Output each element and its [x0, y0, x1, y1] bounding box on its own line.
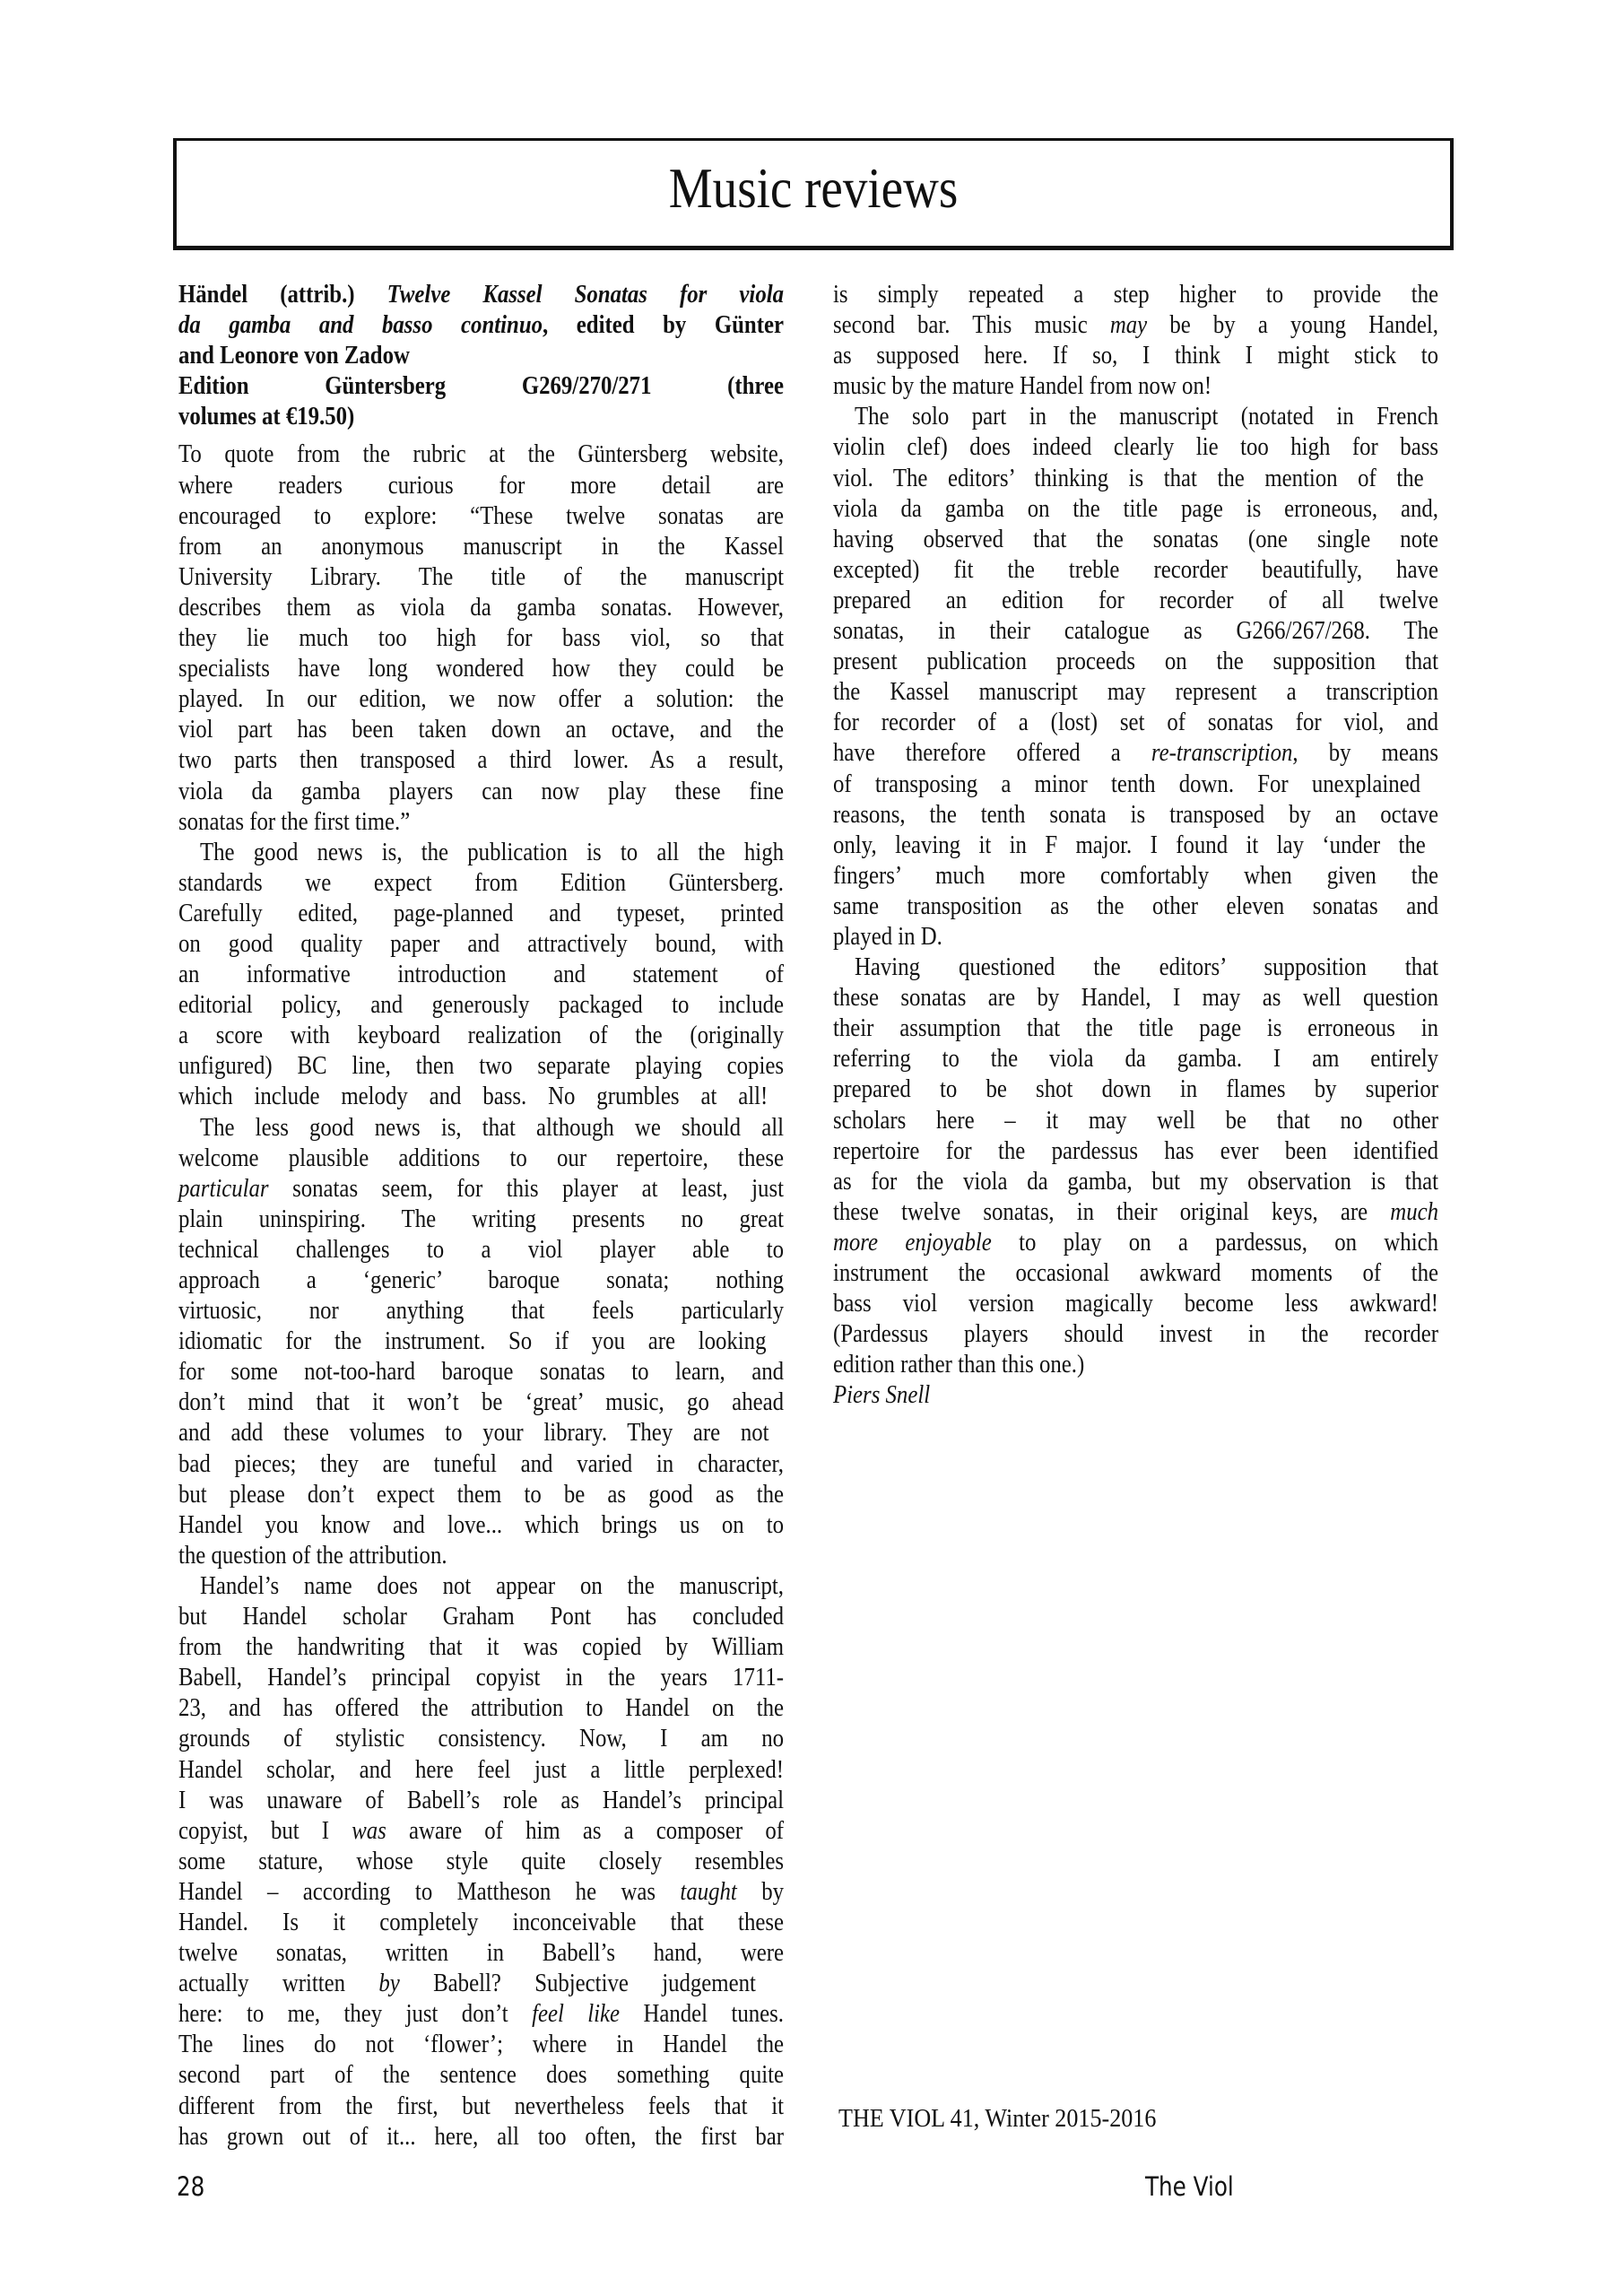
- text-run: don’t mind that it won’t be ‘great’ musi…: [178, 1388, 784, 1416]
- text-line: on good quality paper and attractively b…: [178, 929, 784, 960]
- text-run: by: [737, 1878, 784, 1906]
- text-line: violin clef) does indeed clearly lie too…: [833, 432, 1438, 463]
- text-line: plain uninspiring. The writing presents …: [178, 1205, 784, 1235]
- heading-line: Edition Güntersberg G269/270/271 (three: [178, 371, 784, 402]
- text-run: which include melody and bass. No grumbl…: [178, 1083, 768, 1110]
- text-line: excepted) fit the treble recorder beauti…: [833, 555, 1438, 586]
- text-run: Having questioned the editors’ suppositi…: [855, 953, 1438, 981]
- text-run: specialists have long wondered how they …: [178, 655, 784, 683]
- text-line: bad pieces; they are tuneful and varied …: [178, 1449, 784, 1480]
- text-run: for recorder of a (lost) set of sonatas …: [833, 709, 1438, 736]
- text-line: The good news is, the publication is to …: [178, 838, 784, 868]
- text-run: fingers’ much more comfortably when give…: [833, 862, 1438, 890]
- text-line: (Pardessus players should invest in the …: [833, 1319, 1438, 1350]
- text-line: they lie much too high for bass viol, so…: [178, 623, 784, 654]
- text-run: repertoire for the pardessus has ever be…: [833, 1137, 1438, 1165]
- text-run: da gamba and basso continuo: [178, 311, 543, 339]
- text-line: approach a ‘generic’ baroque sonata; not…: [178, 1265, 784, 1296]
- text-run: excepted) fit the treble recorder beauti…: [833, 556, 1438, 584]
- text-run: The good news is, the publication is to …: [200, 839, 784, 866]
- text-line: prepared to be shot down in flames by su…: [833, 1074, 1438, 1105]
- text-run: volumes at €19.50): [178, 403, 354, 430]
- text-line: virtuosic, nor anything that feels parti…: [178, 1296, 784, 1326]
- text-line: unfigured) BC line, then two separate pl…: [178, 1051, 784, 1082]
- text-line: I was unaware of Babell’s role as Handel…: [178, 1786, 784, 1816]
- text-run: Babell, Handel’s principal copyist in th…: [178, 1664, 784, 1692]
- text-run: To quote from the rubric at the Güntersb…: [178, 440, 784, 468]
- text-run: edition rather than this one.): [833, 1351, 1084, 1378]
- text-run: grounds of stylistic consistency. Now, I…: [178, 1725, 784, 1752]
- text-run: played. In our edition, we now offer a s…: [178, 685, 784, 713]
- text-run: welcome plausible additions to our reper…: [178, 1144, 784, 1172]
- heading-line: and Leonore von Zadow: [178, 341, 784, 371]
- text-run: Handel – according to Mattheson he was: [178, 1878, 680, 1906]
- text-line: second part of the sentence does somethi…: [178, 2060, 784, 2091]
- text-line: The solo part in the manuscript (notated…: [833, 402, 1438, 432]
- text-run: feel like: [532, 2000, 620, 2028]
- text-line: viol. The editors’ thinking is that the …: [833, 464, 1438, 494]
- text-run: Piers Snell: [833, 1381, 930, 1409]
- text-run: sonatas seem, for this player at least, …: [269, 1175, 784, 1203]
- text-run: different from the first, but neverthele…: [178, 2092, 784, 2120]
- text-run: , by means: [1292, 739, 1438, 767]
- text-run: sonatas, in their catalogue as G266/267/…: [833, 617, 1438, 645]
- text-line: second bar. This music may be by a young…: [833, 310, 1438, 341]
- text-run: was: [352, 1817, 386, 1845]
- text-line: The less good news is, that although we …: [178, 1113, 784, 1144]
- text-run: much: [1390, 1198, 1438, 1226]
- text-run: and Leonore von Zadow: [178, 342, 410, 370]
- text-run: Händel (attrib.): [178, 281, 387, 309]
- text-line: same transposition as the other eleven s…: [833, 891, 1438, 922]
- section-title: Music reviews: [265, 157, 1360, 220]
- text-line: referring to the viola da gamba. I am en…: [833, 1044, 1438, 1074]
- text-line: twelve sonatas, written in Babell’s hand…: [178, 1938, 784, 1969]
- text-line: To quote from the rubric at the Güntersb…: [178, 439, 784, 470]
- text-run: aware of him as a composer of: [386, 1817, 784, 1845]
- text-line: edition rather than this one.): [833, 1350, 1438, 1380]
- text-line: as for the viola da gamba, but my observ…: [833, 1167, 1438, 1197]
- text-run: to play on a pardessus, on which: [992, 1229, 1438, 1257]
- text-line: from an anonymous manuscript in the Kass…: [178, 532, 784, 562]
- text-run: bass viol version magically become less …: [833, 1290, 1438, 1318]
- text-run: taught: [680, 1878, 736, 1906]
- text-run: has grown out of it... here, all too oft…: [178, 2123, 784, 2151]
- text-run: viola da gamba on the title page is erro…: [833, 495, 1438, 523]
- text-line: don’t mind that it won’t be ‘great’ musi…: [178, 1387, 784, 1418]
- text-line: instrument the occasional awkward moment…: [833, 1258, 1438, 1289]
- text-run: The lines do not ‘flower’; where in Hand…: [178, 2031, 784, 2058]
- text-run: unfigured) BC line, then two separate pl…: [178, 1052, 784, 1080]
- text-line: bass viol version magically become less …: [833, 1289, 1438, 1319]
- text-line: prepared an edition for recorder of all …: [833, 586, 1438, 616]
- text-line: Handel you know and love... which brings…: [178, 1510, 784, 1541]
- text-run: prepared an edition for recorder of all …: [833, 587, 1438, 614]
- text-line: standards we expect from Edition Günters…: [178, 868, 784, 899]
- text-run: have therefore offered a: [833, 739, 1151, 767]
- text-line: Handel scholar, and here feel just a lit…: [178, 1755, 784, 1786]
- text-run: Babell? Subjective judgement: [400, 1970, 756, 1997]
- text-run: these sonatas are by Handel, I may as we…: [833, 984, 1438, 1012]
- text-line: grounds of stylistic consistency. Now, I…: [178, 1724, 784, 1754]
- text-line: actually written by Babell? Subjective j…: [178, 1969, 784, 1999]
- text-run: only, leaving it in F major. I found it …: [833, 831, 1426, 859]
- text-run: viol. The editors’ thinking is that the …: [833, 465, 1424, 492]
- text-run: particular: [178, 1175, 269, 1203]
- text-line: only, leaving it in F major. I found it …: [833, 831, 1438, 861]
- text-run: Handel’s name does not appear on the man…: [200, 1572, 784, 1600]
- text-line: specialists have long wondered how they …: [178, 654, 784, 684]
- text-run: by: [378, 1970, 399, 1997]
- text-run: their assumption that the title page is …: [833, 1014, 1438, 1042]
- text-line: technical challenges to a viol player ab…: [178, 1235, 784, 1265]
- text-run: Handel you know and love... which brings…: [178, 1511, 784, 1539]
- text-run: sonatas for the first time.”: [178, 808, 410, 836]
- text-line: for some not-too-hard baroque sonatas to…: [178, 1357, 784, 1387]
- text-line: Piers Snell: [833, 1380, 1438, 1411]
- text-line: as supposed here. If so, I think I might…: [833, 341, 1438, 371]
- text-line: copyist, but I was aware of him as a com…: [178, 1816, 784, 1847]
- text-run: reasons, the tenth sonata is transposed …: [833, 801, 1438, 829]
- text-line: reasons, the tenth sonata is transposed …: [833, 800, 1438, 831]
- text-line: has grown out of it... here, all too oft…: [178, 2122, 784, 2152]
- text-run: The less good news is, that although we …: [200, 1114, 784, 1142]
- text-line: and add these volumes to your library. T…: [178, 1418, 784, 1448]
- text-line: music by the mature Handel from now on!: [833, 371, 1438, 402]
- text-run: on good quality paper and attractively b…: [178, 930, 784, 958]
- heading-line: Händel (attrib.) Twelve Kassel Sonatas f…: [178, 280, 784, 310]
- text-run: same transposition as the other eleven s…: [833, 892, 1438, 920]
- text-run: where readers curious for more detail ar…: [178, 472, 784, 500]
- text-line: which include melody and bass. No grumbl…: [178, 1082, 784, 1112]
- text-line: repertoire for the pardessus has ever be…: [833, 1136, 1438, 1167]
- text-run: the question of the attribution.: [178, 1542, 447, 1570]
- text-run: idiomatic for the instrument. So if you …: [178, 1327, 766, 1355]
- text-run: The solo part in the manuscript (notated…: [855, 403, 1438, 430]
- text-line: present publication proceeds on the supp…: [833, 647, 1438, 677]
- text-run: having observed that the sonatas (one si…: [833, 526, 1438, 553]
- text-run: 23, and has offered the attribution to H…: [178, 1694, 784, 1722]
- text-run: plain uninspiring. The writing presents …: [178, 1205, 784, 1233]
- text-run: for some not-too-hard baroque sonatas to…: [178, 1358, 784, 1386]
- text-line: 23, and has offered the attribution to H…: [178, 1693, 784, 1724]
- text-line: Carefully edited, page-planned and types…: [178, 899, 784, 929]
- text-line: have therefore offered a re-transcriptio…: [833, 738, 1438, 769]
- text-run: referring to the viola da gamba. I am en…: [833, 1045, 1438, 1073]
- text-run: second part of the sentence does somethi…: [178, 2061, 784, 2089]
- heading-spacer: [178, 432, 784, 439]
- text-run: here: to me, they just don’t: [178, 2000, 532, 2028]
- text-line: particular sonatas seem, for this player…: [178, 1174, 784, 1205]
- heading-line: da gamba and basso continuo, edited by G…: [178, 310, 784, 341]
- text-line: but please don’t expect them to be as go…: [178, 1480, 784, 1510]
- text-line: but Handel scholar Graham Pont has concl…: [178, 1602, 784, 1632]
- text-run: these twelve sonatas, in their original …: [833, 1198, 1390, 1226]
- text-line: the question of the attribution.: [178, 1541, 784, 1571]
- text-line: is simply repeated a step higher to prov…: [833, 280, 1438, 310]
- text-line: played. In our edition, we now offer a s…: [178, 684, 784, 715]
- text-run: twelve sonatas, written in Babell’s hand…: [178, 1939, 784, 1967]
- text-line: The lines do not ‘flower’; where in Hand…: [178, 2030, 784, 2060]
- text-run: played in D.: [833, 923, 942, 951]
- text-run: Edition Güntersberg G269/270/271 (three: [178, 372, 784, 400]
- text-run: scholars here – it may well be that no o…: [833, 1107, 1438, 1135]
- text-run: from the handwriting that it was copied …: [178, 1633, 784, 1661]
- text-run: prepared to be shot down in flames by su…: [833, 1075, 1438, 1103]
- text-line: where readers curious for more detail ar…: [178, 471, 784, 501]
- text-run: but please don’t expect them to be as go…: [178, 1481, 784, 1509]
- text-run: Handel tunes.: [620, 2000, 784, 2028]
- text-run: from an anonymous manuscript in the Kass…: [178, 533, 784, 561]
- text-run: Handel. Is it completely inconceivable t…: [178, 1909, 784, 1936]
- text-line: Babell, Handel’s principal copyist in th…: [178, 1663, 784, 1693]
- text-run: be by a young Handel,: [1147, 311, 1438, 339]
- text-line: University Library. The title of the man…: [178, 562, 784, 593]
- text-run: present publication proceeds on the supp…: [833, 648, 1438, 675]
- review-heading: Händel (attrib.) Twelve Kassel Sonatas f…: [178, 280, 784, 432]
- text-run: I was unaware of Babell’s role as Handel…: [178, 1787, 784, 1814]
- text-run: University Library. The title of the man…: [178, 563, 784, 591]
- text-line: of transposing a minor tenth down. For u…: [833, 770, 1438, 800]
- text-line: two parts then transposed a third lower.…: [178, 745, 784, 776]
- text-line: viola da gamba players can now play thes…: [178, 777, 784, 807]
- heading-line: volumes at €19.50): [178, 402, 784, 432]
- left-column: Händel (attrib.) Twelve Kassel Sonatas f…: [178, 280, 784, 2152]
- text-run: an informative introduction and statemen…: [178, 961, 784, 988]
- text-run: as supposed here. If so, I think I might…: [833, 342, 1438, 370]
- text-line: these twelve sonatas, in their original …: [833, 1197, 1438, 1228]
- text-line: Handel. Is it completely inconceivable t…: [178, 1908, 784, 1938]
- text-line: played in D.: [833, 922, 1438, 952]
- magazine-page: Music reviews Händel (attrib.) Twelve Ka…: [0, 0, 1624, 2296]
- text-run: two parts then transposed a third lower.…: [178, 746, 784, 774]
- text-run: may: [1110, 311, 1147, 339]
- text-run: editorial policy, and generously package…: [178, 991, 784, 1019]
- running-title: The Viol: [1145, 2171, 1234, 2202]
- text-run: as for the viola da gamba, but my observ…: [833, 1168, 1438, 1196]
- text-run: but Handel scholar Graham Pont has concl…: [178, 1603, 784, 1631]
- text-line: editorial policy, and generously package…: [178, 990, 784, 1021]
- text-line: an informative introduction and statemen…: [178, 960, 784, 990]
- right-column: is simply repeated a step higher to prov…: [833, 280, 1438, 1411]
- text-run: Twelve Kassel Sonatas for viola: [387, 281, 784, 309]
- text-run: copyist, but I: [178, 1817, 352, 1845]
- text-line: here: to me, they just don’t feel like H…: [178, 1999, 784, 2030]
- text-line: these sonatas are by Handel, I may as we…: [833, 983, 1438, 1013]
- text-line: their assumption that the title page is …: [833, 1013, 1438, 1044]
- text-line: Handel – according to Mattheson he was t…: [178, 1877, 784, 1908]
- right-column-body: is simply repeated a step higher to prov…: [833, 280, 1438, 1411]
- text-run: technical challenges to a viol player ab…: [178, 1236, 784, 1264]
- text-line: encouraged to explore: “These twelve son…: [178, 501, 784, 532]
- text-run: they lie much too high for bass viol, so…: [178, 624, 784, 652]
- text-run: Handel scholar, and here feel just a lit…: [178, 1756, 784, 1784]
- text-run: , edited by Günter: [543, 311, 784, 339]
- text-run: encouraged to explore: “These twelve son…: [178, 502, 784, 530]
- text-run: actually written: [178, 1970, 378, 1997]
- text-line: Handel’s name does not appear on the man…: [178, 1571, 784, 1602]
- text-line: viola da gamba on the title page is erro…: [833, 494, 1438, 525]
- text-run: and add these volumes to your library. T…: [178, 1419, 769, 1447]
- text-line: welcome plausible additions to our reper…: [178, 1144, 784, 1174]
- page-number: 28: [177, 2171, 204, 2202]
- text-run: instrument the occasional awkward moment…: [833, 1259, 1438, 1287]
- text-line: having observed that the sonatas (one si…: [833, 525, 1438, 555]
- text-line: from the handwriting that it was copied …: [178, 1632, 784, 1663]
- text-line: viol part has been taken down an octave,…: [178, 715, 784, 745]
- journal-issue-note: THE VIOL 41, Winter 2015-2016: [838, 2104, 1156, 2134]
- text-run: more enjoyable: [833, 1229, 992, 1257]
- text-run: viol part has been taken down an octave,…: [178, 716, 784, 744]
- section-header-box: Music reviews: [173, 138, 1454, 250]
- text-line: some stature, whose style quite closely …: [178, 1847, 784, 1877]
- text-run: approach a ‘generic’ baroque sonata; not…: [178, 1266, 784, 1294]
- text-run: of transposing a minor tenth down. For u…: [833, 770, 1420, 798]
- text-run: is simply repeated a step higher to prov…: [833, 281, 1438, 309]
- text-run: viola da gamba players can now play thes…: [178, 778, 784, 805]
- text-run: second bar. This music: [833, 311, 1110, 339]
- left-column-body: To quote from the rubric at the Güntersb…: [178, 439, 784, 2152]
- text-run: bad pieces; they are tuneful and varied …: [178, 1450, 784, 1478]
- text-line: a score with keyboard realization of the…: [178, 1021, 784, 1051]
- text-line: Having questioned the editors’ suppositi…: [833, 952, 1438, 983]
- text-run: Carefully edited, page-planned and types…: [178, 900, 784, 927]
- text-run: (Pardessus players should invest in the …: [833, 1320, 1438, 1348]
- text-run: standards we expect from Edition Günters…: [178, 869, 784, 897]
- text-line: idiomatic for the instrument. So if you …: [178, 1326, 784, 1357]
- text-line: the Kassel manuscript may represent a tr…: [833, 677, 1438, 708]
- text-line: for recorder of a (lost) set of sonatas …: [833, 708, 1438, 738]
- text-run: violin clef) does indeed clearly lie too…: [833, 433, 1438, 461]
- text-run: the Kassel manuscript may represent a tr…: [833, 678, 1438, 706]
- text-run: some stature, whose style quite closely …: [178, 1848, 784, 1875]
- text-line: fingers’ much more comfortably when give…: [833, 861, 1438, 891]
- text-line: different from the first, but neverthele…: [178, 2092, 784, 2122]
- text-line: describes them as viola da gamba sonatas…: [178, 593, 784, 623]
- text-line: scholars here – it may well be that no o…: [833, 1106, 1438, 1136]
- text-run: music by the mature Handel from now on!: [833, 372, 1211, 400]
- text-line: sonatas, in their catalogue as G266/267/…: [833, 616, 1438, 647]
- text-run: virtuosic, nor anything that feels parti…: [178, 1297, 784, 1325]
- text-line: more enjoyable to play on a pardessus, o…: [833, 1228, 1438, 1258]
- text-run: describes them as viola da gamba sonatas…: [178, 594, 784, 622]
- text-line: sonatas for the first time.”: [178, 807, 784, 838]
- text-run: re-transcription: [1151, 739, 1292, 767]
- text-run: a score with keyboard realization of the…: [178, 1022, 784, 1049]
